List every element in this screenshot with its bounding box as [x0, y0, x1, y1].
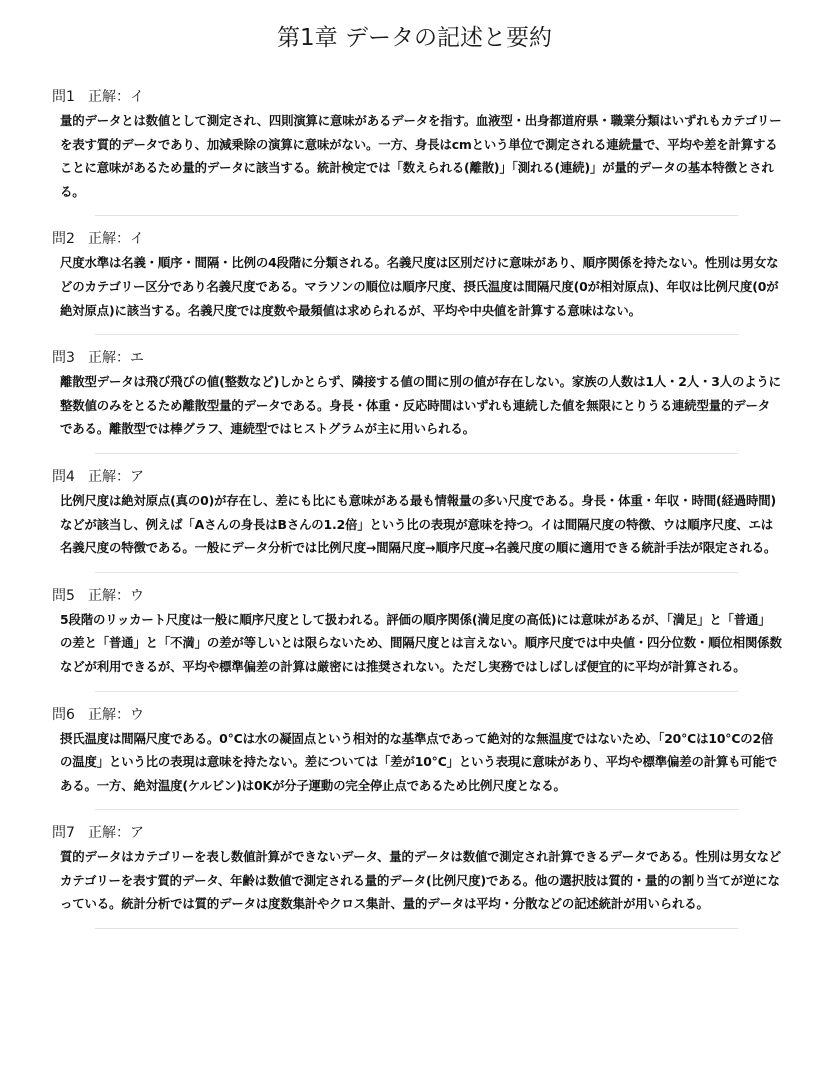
- question-number: 問1: [52, 86, 88, 108]
- question-number: 問5: [52, 585, 88, 607]
- section-divider: [95, 572, 738, 573]
- question-item-5: 問5正解：ウ 5段階のリッカート尺度は一般に順序尺度として扱われる。評価の順序関…: [52, 585, 782, 692]
- question-heading: 問5正解：ウ: [52, 585, 782, 607]
- question-item-1: 問1正解：イ 量的データとは数値として測定され、四則演算に意味があるデータを指す…: [52, 86, 782, 216]
- correct-answer: 正解：ウ: [88, 588, 144, 604]
- question-heading: 問2正解：イ: [52, 228, 782, 250]
- question-item-7: 問7正解：ア 質的データはカテゴリーを表し数値計算ができないデータ、量的データは…: [52, 822, 782, 929]
- section-divider: [95, 691, 738, 692]
- section-divider: [95, 809, 738, 810]
- correct-answer: 正解：エ: [88, 350, 144, 366]
- question-heading: 問6正解：ウ: [52, 704, 782, 726]
- correct-answer: 正解：ウ: [88, 707, 144, 723]
- question-number: 問4: [52, 466, 88, 488]
- explanation-text: 比例尺度は絶対原点(真の0)が存在し、差にも比にも意味がある最も情報量の多い尺度…: [60, 489, 782, 560]
- section-divider: [95, 928, 738, 929]
- question-number: 問3: [52, 347, 88, 369]
- question-item-4: 問4正解：ア 比例尺度は絶対原点(真の0)が存在し、差にも比にも意味がある最も情…: [52, 466, 782, 573]
- answer-list: 問1正解：イ 量的データとは数値として測定され、四則演算に意味があるデータを指す…: [52, 86, 782, 941]
- question-number: 問6: [52, 704, 88, 726]
- explanation-text: 量的データとは数値として測定され、四則演算に意味があるデータを指す。血液型・出身…: [60, 109, 782, 203]
- correct-answer: 正解：ア: [88, 825, 144, 841]
- section-divider: [95, 334, 738, 335]
- explanation-text: 質的データはカテゴリーを表し数値計算ができないデータ、量的データは数値で測定され…: [60, 845, 782, 916]
- question-number: 問2: [52, 228, 88, 250]
- question-heading: 問7正解：ア: [52, 822, 782, 844]
- question-number: 問7: [52, 822, 88, 844]
- section-divider: [95, 215, 738, 216]
- correct-answer: 正解：イ: [88, 231, 144, 247]
- correct-answer: 正解：イ: [88, 89, 144, 105]
- explanation-text: 離散型データは飛び飛びの値(整数など)しかとらず、隣接する値の間に別の値が存在し…: [60, 370, 782, 441]
- explanation-text: 摂氏温度は間隔尺度である。0°Cは水の凝固点という相対的な基準点であって絶対的な…: [60, 727, 782, 798]
- question-heading: 問1正解：イ: [52, 86, 782, 108]
- explanation-text: 5段階のリッカート尺度は一般に順序尺度として扱われる。評価の順序関係(満足度の高…: [60, 608, 782, 679]
- question-item-2: 問2正解：イ 尺度水準は名義・順序・間隔・比例の4段階に分類される。名義尺度は区…: [52, 228, 782, 335]
- explanation-text: 尺度水準は名義・順序・間隔・比例の4段階に分類される。名義尺度は区別だけに意味が…: [60, 251, 782, 322]
- question-item-6: 問6正解：ウ 摂氏温度は間隔尺度である。0°Cは水の凝固点という相対的な基準点で…: [52, 704, 782, 811]
- question-heading: 問4正解：ア: [52, 466, 782, 488]
- page-title: 第1章 データの記述と要約: [0, 20, 829, 56]
- section-divider: [95, 453, 738, 454]
- question-item-3: 問3正解：エ 離散型データは飛び飛びの値(整数など)しかとらず、隣接する値の間に…: [52, 347, 782, 454]
- question-heading: 問3正解：エ: [52, 347, 782, 369]
- correct-answer: 正解：ア: [88, 469, 144, 485]
